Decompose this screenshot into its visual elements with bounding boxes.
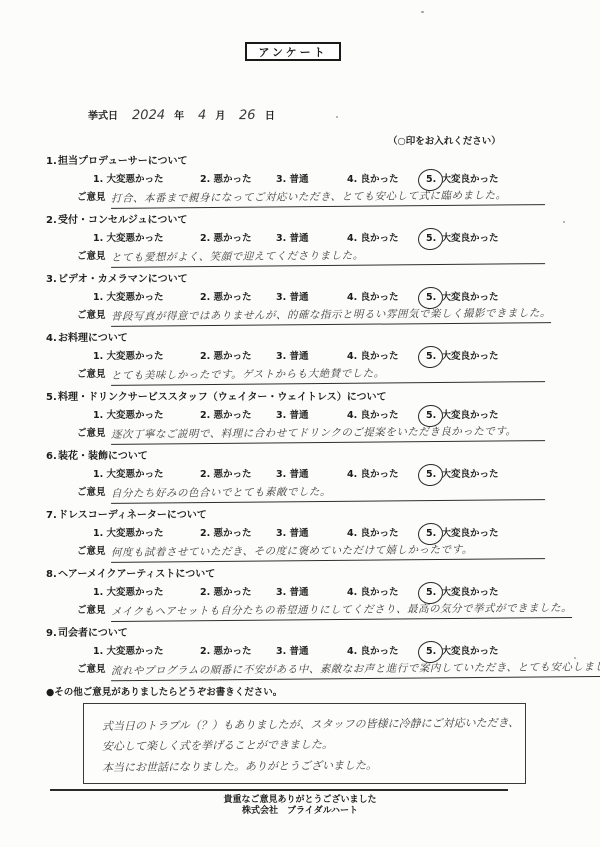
- question-title: 料理・ドリンクサービススタッフ（ウェイター・ウェイトレス）について: [58, 392, 387, 403]
- question-block: 8.ヘアーメイクアーティストについて 1. 大変悪かった2. 悪かった3. 普通…: [0, 569, 600, 620]
- rating-options-row: 1. 大変悪かった2. 悪かった3. 普通4. 良かった5. 大変良かった: [93, 409, 600, 422]
- comment-row: ご意見 何度も試着させていただき、その度に褒めていただけて嬉しかったです。: [77, 544, 545, 561]
- rating-option-label: 良かった: [357, 174, 398, 185]
- rating-option-label: 普通: [286, 351, 308, 362]
- selected-rating-circle: 5.: [424, 350, 438, 363]
- rating-option-1: 1. 大変悪かった: [93, 645, 200, 658]
- rating-option-5: 5. 大変良かった: [424, 527, 600, 540]
- rating-option-number: 1.: [93, 645, 103, 658]
- question-heading: 8.ヘアーメイクアーティストについて: [0, 569, 600, 581]
- selected-rating-circle: 5.: [424, 527, 438, 540]
- question-number: 7.: [46, 510, 58, 522]
- rating-option-2: 2. 悪かった: [200, 291, 276, 304]
- rating-option-3: 3. 普通: [276, 468, 347, 481]
- rating-option-number: 3.: [276, 232, 286, 245]
- rating-option-5: 5. 大変良かった: [424, 409, 600, 422]
- rating-option-label: 悪かった: [210, 233, 251, 244]
- rating-option-label: 悪かった: [210, 528, 251, 539]
- question-heading: 5.料理・ドリンクサービススタッフ（ウェイター・ウェイトレス）について: [0, 392, 600, 404]
- rating-option-number: 1.: [93, 232, 103, 245]
- question-heading: 6.装花・装飾について: [0, 451, 600, 463]
- rating-option-4: 4. 良かった: [347, 645, 424, 658]
- rating-option-2: 2. 悪かった: [200, 232, 276, 245]
- rating-option-label: 大変良かった: [438, 469, 498, 480]
- rating-option-label: 悪かった: [210, 292, 251, 303]
- selected-rating-circle: 5.: [424, 468, 438, 481]
- comment-text: とても愛想がよく、笑顔で迎えてくださりました。: [110, 247, 545, 268]
- question-heading: 4.お料理について: [0, 333, 600, 345]
- questions-list: 1.担当プロデューサーについて 1. 大変悪かった2. 悪かった3. 普通4. …: [0, 156, 600, 679]
- rating-option-number: 2.: [200, 645, 210, 658]
- rating-options-row: 1. 大変悪かった2. 悪かった3. 普通4. 良かった5. 大変良かった: [93, 173, 600, 186]
- date-day-value: 26: [239, 108, 256, 123]
- rating-option-label: 良かった: [357, 646, 398, 657]
- rating-option-label: 普通: [286, 233, 308, 244]
- rating-option-number: 2.: [200, 173, 210, 186]
- rating-option-1: 1. 大変悪かった: [93, 350, 200, 363]
- rating-option-label: 良かった: [357, 528, 398, 539]
- other-comments-heading: ●その他ご意見がありましたらどうぞお書きください。: [0, 687, 600, 699]
- rating-option-label: 悪かった: [210, 410, 251, 421]
- rating-option-label: 大変悪かった: [103, 351, 163, 362]
- rating-option-4: 4. 良かった: [347, 468, 424, 481]
- rating-option-number: 4.: [347, 173, 357, 186]
- question-block: 4.お料理について 1. 大変悪かった2. 悪かった3. 普通4. 良かった5.…: [0, 333, 600, 384]
- rating-option-5: 5. 大変良かった: [424, 586, 600, 599]
- rating-option-2: 2. 悪かった: [200, 645, 276, 658]
- comment-text: 逐次丁寧なご説明で、料理に合わせてドリンクのご提案をいただき良かったです。: [110, 424, 545, 445]
- comment-row: ご意見 自分たち好みの色合いでとても素敵でした。: [77, 485, 545, 502]
- comment-label: ご意見: [77, 603, 106, 618]
- question-number: 8.: [46, 569, 58, 581]
- rating-option-number: 2.: [200, 232, 210, 245]
- other-comment-line: 式当日のトラブル（？）もありましたが、スタッフの皆様に冷静にご対応いただき、: [102, 714, 519, 736]
- rating-option-label: 大変良かった: [438, 351, 498, 362]
- question-heading: 7.ドレスコーディネーターについて: [0, 510, 600, 522]
- scan-speck: [563, 221, 565, 223]
- question-number: 1.: [46, 156, 58, 168]
- rating-option-label: 良かった: [357, 587, 398, 598]
- other-comments-section: ●その他ご意見がありましたらどうぞお書きください。 式当日のトラブル（？）もあり…: [0, 687, 600, 784]
- rating-option-4: 4. 良かった: [347, 409, 424, 422]
- date-label: 挙式日: [88, 107, 118, 122]
- comment-label: ご意見: [77, 485, 106, 500]
- comment-label: ご意見: [77, 367, 106, 382]
- rating-option-label: 普通: [286, 528, 308, 539]
- selected-rating-circle: 5.: [424, 586, 438, 599]
- rating-option-2: 2. 悪かった: [200, 173, 276, 186]
- rating-option-label: 大変良かった: [438, 528, 498, 539]
- question-number: 6.: [46, 451, 58, 463]
- rating-option-4: 4. 良かった: [347, 173, 424, 186]
- rating-options-row: 1. 大変悪かった2. 悪かった3. 普通4. 良かった5. 大変良かった: [93, 586, 600, 599]
- comment-row: ご意見 とても愛想がよく、笑顔で迎えてくださりました。: [77, 249, 545, 266]
- rating-option-number: 4.: [347, 350, 357, 363]
- rating-option-label: 普通: [286, 587, 308, 598]
- rating-option-label: 良かった: [357, 410, 398, 421]
- question-title: お料理について: [58, 333, 128, 344]
- selected-rating-circle: 5.: [424, 645, 438, 658]
- rating-option-number: 1.: [93, 350, 103, 363]
- scan-speck: [574, 657, 576, 659]
- rating-option-3: 3. 普通: [276, 645, 347, 658]
- question-title: ヘアーメイクアーティストについて: [58, 569, 215, 580]
- rating-option-label: 大変悪かった: [103, 646, 163, 657]
- rating-option-5: 5. 大変良かった: [424, 232, 600, 245]
- selected-rating-circle: 5.: [424, 291, 438, 304]
- rating-option-number: 3.: [276, 350, 286, 363]
- date-year-value: 2024: [132, 108, 165, 123]
- rating-options-row: 1. 大変悪かった2. 悪かった3. 普通4. 良かった5. 大変良かった: [93, 645, 600, 658]
- comment-row: ご意見 普段写真が得意ではありませんが、的確な指示と明るい雰囲気で楽しく撮影でき…: [77, 308, 545, 325]
- comment-row: ご意見 逐次丁寧なご説明で、料理に合わせてドリンクのご提案をいただき良かったです…: [77, 426, 545, 443]
- rating-option-1: 1. 大変悪かった: [93, 291, 200, 304]
- rating-option-number: 1.: [93, 409, 103, 422]
- question-block: 5.料理・ドリンクサービススタッフ（ウェイター・ウェイトレス）について 1. 大…: [0, 392, 600, 443]
- rating-option-number: 4.: [347, 645, 357, 658]
- rating-option-number: 3.: [276, 173, 286, 186]
- question-number: 9.: [46, 628, 58, 640]
- date-month-unit: 月: [215, 107, 225, 122]
- rating-option-label: 悪かった: [210, 646, 251, 657]
- rating-option-1: 1. 大変悪かった: [93, 173, 200, 186]
- rating-option-label: 良かった: [357, 469, 398, 480]
- comment-text: 普段写真が得意ではありませんが、的確な指示と明るい雰囲気で楽しく撮影できました。: [110, 306, 550, 327]
- rating-option-label: 大変悪かった: [103, 528, 163, 539]
- rating-option-number: 1.: [93, 173, 103, 186]
- selected-rating-circle: 5.: [424, 409, 438, 422]
- rating-option-3: 3. 普通: [276, 409, 347, 422]
- question-heading: 9.司会者について: [0, 628, 600, 640]
- rating-option-3: 3. 普通: [276, 173, 347, 186]
- rating-option-number: 4.: [347, 409, 357, 422]
- rating-option-number: 4.: [347, 232, 357, 245]
- rating-option-3: 3. 普通: [276, 586, 347, 599]
- rating-option-label: 普通: [286, 292, 308, 303]
- question-title: ドレスコーディネーターについて: [58, 510, 207, 521]
- rating-option-label: 大変悪かった: [103, 469, 163, 480]
- rating-option-label: 良かった: [357, 351, 398, 362]
- footer-company-name: 株式会社 ブライダルハート: [0, 806, 600, 817]
- rating-option-4: 4. 良かった: [347, 232, 424, 245]
- question-block: 3.ビデオ・カメラマンについて 1. 大変悪かった2. 悪かった3. 普通4. …: [0, 274, 600, 325]
- comment-text: 打合、本番まで親身になってご対応いただき、とても安心して式に臨めました。: [110, 188, 545, 209]
- rating-option-2: 2. 悪かった: [200, 409, 276, 422]
- question-block: 2.受付・コンセルジュについて 1. 大変悪かった2. 悪かった3. 普通4. …: [0, 215, 600, 266]
- comment-text: メイクもヘアセットも自分たちの希望通りにしてくださり、最高の気分で挙式ができまし…: [110, 601, 571, 622]
- comment-label: ご意見: [77, 190, 106, 205]
- rating-option-number: 3.: [276, 409, 286, 422]
- question-block: 6.装花・装飾について 1. 大変悪かった2. 悪かった3. 普通4. 良かった…: [0, 451, 600, 502]
- question-block: 1.担当プロデューサーについて 1. 大変悪かった2. 悪かった3. 普通4. …: [0, 156, 600, 207]
- rating-option-4: 4. 良かった: [347, 586, 424, 599]
- footer: 貴重なご意見ありがとうございました 株式会社 ブライダルハート: [0, 795, 600, 817]
- rating-option-2: 2. 悪かった: [200, 350, 276, 363]
- rating-option-label: 大変良かった: [438, 646, 498, 657]
- rating-option-3: 3. 普通: [276, 291, 347, 304]
- rating-option-5: 5. 大変良かった: [424, 645, 600, 658]
- rating-option-number: 3.: [276, 645, 286, 658]
- question-number: 5.: [46, 392, 58, 404]
- rating-option-label: 良かった: [357, 233, 398, 244]
- comment-row: ご意見 打合、本番まで親身になってご対応いただき、とても安心して式に臨めました。: [77, 190, 545, 207]
- question-title: 担当プロデューサーについて: [58, 156, 188, 167]
- date-day-unit: 日: [265, 107, 275, 122]
- rating-option-label: 悪かった: [210, 587, 251, 598]
- circle-instruction-note: （○印をお入れください）: [388, 133, 501, 147]
- rating-option-1: 1. 大変悪かった: [93, 468, 200, 481]
- rating-option-2: 2. 悪かった: [200, 586, 276, 599]
- rating-option-label: 大変良かった: [438, 292, 498, 303]
- questionnaire-page: アンケート 挙式日 2024 年 4 月 26 日 （○印をお入れください） 1…: [0, 0, 600, 847]
- rating-option-label: 普通: [286, 410, 308, 421]
- rating-option-1: 1. 大変悪かった: [93, 527, 200, 540]
- rating-option-number: 4.: [347, 527, 357, 540]
- rating-option-5: 5. 大変良かった: [424, 173, 600, 186]
- comment-row: ご意見 メイクもヘアセットも自分たちの希望通りにしてくださり、最高の気分で挙式が…: [77, 603, 545, 620]
- other-comment-line: 本当にお世話になりました。ありがとうございました。: [102, 757, 377, 777]
- rating-option-number: 3.: [276, 586, 286, 599]
- rating-option-number: 4.: [347, 586, 357, 599]
- rating-option-number: 1.: [93, 586, 103, 599]
- comment-row: ご意見 とても美味しかったです。ゲストからも大絶賛でした。: [77, 367, 545, 384]
- rating-options-row: 1. 大変悪かった2. 悪かった3. 普通4. 良かった5. 大変良かった: [93, 291, 600, 304]
- rating-option-label: 普通: [286, 469, 308, 480]
- page-title: アンケート: [245, 42, 341, 61]
- rating-option-number: 3.: [276, 468, 286, 481]
- rating-option-number: 3.: [276, 527, 286, 540]
- rating-option-label: 良かった: [357, 292, 398, 303]
- rating-options-row: 1. 大変悪かった2. 悪かった3. 普通4. 良かった5. 大変良かった: [93, 232, 600, 245]
- other-comment-line: 安心して楽しく式を挙げることができました。: [102, 736, 333, 756]
- rating-option-label: 大変良かった: [438, 174, 498, 185]
- question-heading: 1.担当プロデューサーについて: [0, 156, 600, 168]
- rating-option-3: 3. 普通: [276, 527, 347, 540]
- rating-option-label: 大変良かった: [438, 233, 498, 244]
- rating-option-3: 3. 普通: [276, 232, 347, 245]
- date-month-value: 4: [198, 108, 206, 123]
- question-number: 3.: [46, 274, 58, 286]
- rating-option-number: 1.: [93, 527, 103, 540]
- rating-option-5: 5. 大変良かった: [424, 468, 600, 481]
- rating-option-number: 3.: [276, 291, 286, 304]
- rating-option-2: 2. 悪かった: [200, 527, 276, 540]
- rating-option-label: 悪かった: [210, 174, 251, 185]
- question-title: ビデオ・カメラマンについて: [58, 274, 188, 285]
- rating-option-number: 2.: [200, 409, 210, 422]
- rating-option-number: 1.: [93, 291, 103, 304]
- question-title: 司会者について: [58, 628, 128, 639]
- comment-text: 何度も試着させていただき、その度に褒めていただけて嬉しかったです。: [110, 542, 545, 563]
- selected-rating-circle: 5.: [424, 173, 438, 186]
- rating-option-4: 4. 良かった: [347, 291, 424, 304]
- rating-option-4: 4. 良かった: [347, 527, 424, 540]
- rating-option-5: 5. 大変良かった: [424, 291, 600, 304]
- rating-option-label: 大変良かった: [438, 410, 498, 421]
- rating-option-4: 4. 良かった: [347, 350, 424, 363]
- rating-option-number: 2.: [200, 350, 210, 363]
- date-year-unit: 年: [174, 107, 184, 122]
- footer-thanks-text: 貴重なご意見ありがとうございました: [0, 795, 600, 806]
- rating-option-label: 大変悪かった: [103, 410, 163, 421]
- question-block: 9.司会者について 1. 大変悪かった2. 悪かった3. 普通4. 良かった5.…: [0, 628, 600, 679]
- comment-text: 流れやプログラムの順番に不安がある中、素敵なお声と進行で案内していただき、とても…: [110, 660, 600, 682]
- rating-option-label: 普通: [286, 174, 308, 185]
- rating-option-label: 悪かった: [210, 351, 251, 362]
- question-title: 装花・装飾について: [58, 451, 148, 462]
- question-number: 4.: [46, 333, 58, 345]
- rating-option-5: 5. 大変良かった: [424, 350, 600, 363]
- rating-option-number: 2.: [200, 468, 210, 481]
- comment-label: ご意見: [77, 544, 106, 559]
- question-block: 7.ドレスコーディネーターについて 1. 大変悪かった2. 悪かった3. 普通4…: [0, 510, 600, 561]
- rating-option-label: 大変悪かった: [103, 292, 163, 303]
- rating-option-label: 普通: [286, 646, 308, 657]
- question-number: 2.: [46, 215, 58, 227]
- rating-option-number: 4.: [347, 468, 357, 481]
- rating-option-label: 大変悪かった: [103, 233, 163, 244]
- comment-text: とても美味しかったです。ゲストからも大絶賛でした。: [110, 365, 545, 386]
- rating-option-2: 2. 悪かった: [200, 468, 276, 481]
- wedding-date-row: 挙式日 2024 年 4 月 26 日: [88, 107, 275, 123]
- rating-option-label: 大変良かった: [438, 587, 498, 598]
- rating-options-row: 1. 大変悪かった2. 悪かった3. 普通4. 良かった5. 大変良かった: [93, 468, 600, 481]
- comment-label: ご意見: [77, 249, 106, 264]
- rating-option-label: 大変悪かった: [103, 174, 163, 185]
- rating-option-number: 1.: [93, 468, 103, 481]
- question-heading: 2.受付・コンセルジュについて: [0, 215, 600, 227]
- rating-option-label: 悪かった: [210, 469, 251, 480]
- form-content: 1.担当プロデューサーについて 1. 大変悪かった2. 悪かった3. 普通4. …: [0, 156, 600, 817]
- rating-option-number: 2.: [200, 527, 210, 540]
- rating-option-label: 大変悪かった: [103, 587, 163, 598]
- rating-option-number: 2.: [200, 586, 210, 599]
- rating-option-3: 3. 普通: [276, 350, 347, 363]
- rating-option-1: 1. 大変悪かった: [93, 586, 200, 599]
- rating-options-row: 1. 大変悪かった2. 悪かった3. 普通4. 良かった5. 大変良かった: [93, 350, 600, 363]
- comment-label: ご意見: [77, 426, 106, 441]
- comment-label: ご意見: [77, 662, 106, 677]
- rating-option-number: 2.: [200, 291, 210, 304]
- rating-options-row: 1. 大変悪かった2. 悪かった3. 普通4. 良かった5. 大変良かった: [93, 527, 600, 540]
- question-heading: 3.ビデオ・カメラマンについて: [0, 274, 600, 286]
- rating-option-1: 1. 大変悪かった: [93, 232, 200, 245]
- comment-text: 自分たち好みの色合いでとても素敵でした。: [110, 483, 545, 504]
- question-title: 受付・コンセルジュについて: [58, 215, 187, 226]
- rating-option-1: 1. 大変悪かった: [93, 409, 200, 422]
- other-comments-box: 式当日のトラブル（？）もありましたが、スタッフの皆様に冷静にご対応いただき、 安…: [83, 703, 526, 784]
- selected-rating-circle: 5.: [424, 232, 438, 245]
- comment-label: ご意見: [77, 308, 106, 323]
- page-title-text: アンケート: [258, 44, 327, 60]
- rating-option-number: 4.: [347, 291, 357, 304]
- footer-divider: [50, 789, 508, 791]
- comment-row: ご意見 流れやプログラムの順番に不安がある中、素敵なお声と進行で案内していただき…: [77, 662, 545, 679]
- scan-speck: [336, 116, 338, 118]
- scan-speck: [421, 11, 424, 13]
